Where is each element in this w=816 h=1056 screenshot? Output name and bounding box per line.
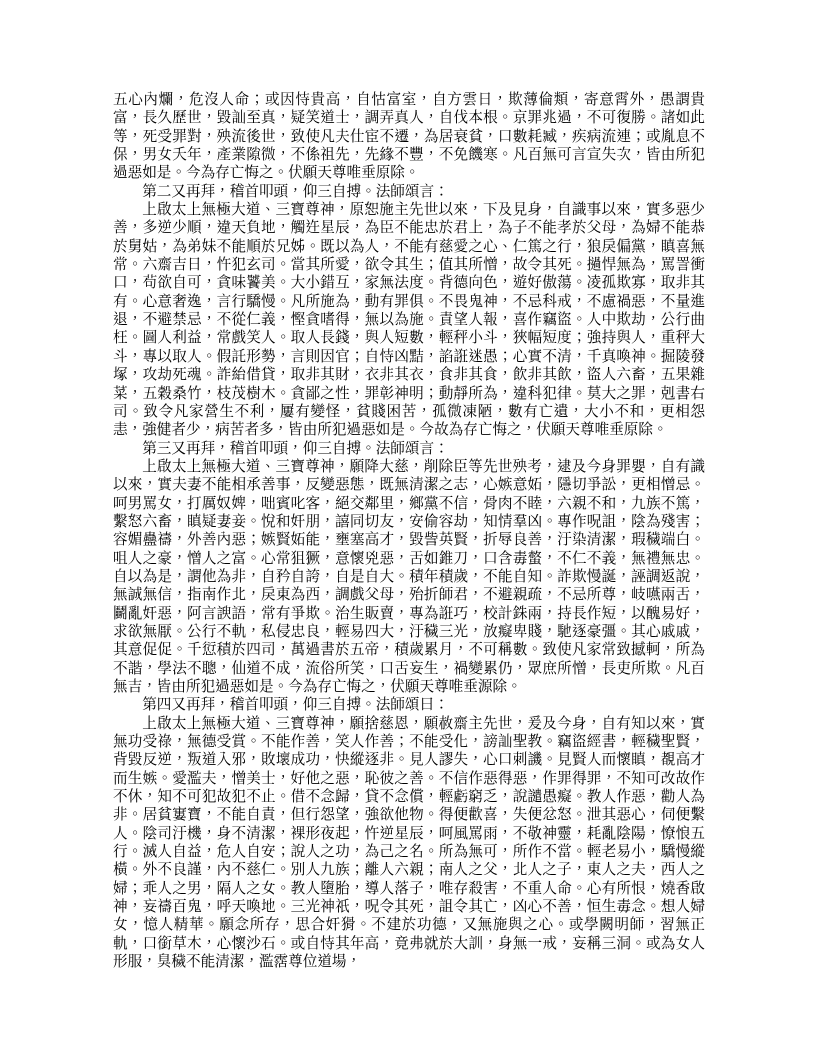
paragraph-third-confession: 上啟太上無極大道、三寶尊神，願降大慈，削除臣等先世殃考，逮及今身罪嬰，自有識以來… [113,458,705,696]
document-page: 五心內爛，危沒人命；或因恃貴高，自怙富室，自方雲日，欺薄倫類，寄意霄外，愚謂貴富… [0,0,816,1056]
document-body: 五心內爛，危沒人命；或因恃貴高，自怙富室，自方雲日，欺薄倫類，寄意霄外，愚謂貴富… [113,91,705,972]
heading-second-obeisance: 第二又再拜，稽首叩頭，仰三自搏。法師頌言： [113,183,705,201]
paragraph-fourth-confession: 上啟太上無極大道、三寶尊神，願捨慈恩，願赦齋主先世，爰及今身，自有知以來，實無功… [113,715,705,972]
heading-third-obeisance: 第三又再拜，稽首叩頭，仰三自搏。法師頌言： [113,440,705,458]
paragraph-continuation-first-obeisance: 五心內爛，危沒人命；或因恃貴高，自怙富室，自方雲日，欺薄倫類，寄意霄外，愚謂貴富… [113,91,705,183]
heading-fourth-obeisance: 第四又再拜，稽首叩頭，仰三自搏。法師頌曰： [113,696,705,714]
paragraph-second-confession: 上啟太上無極大道、三寶尊神，原恕施主先世以來，下及見身，自識事以來，實多惡少善，… [113,201,705,439]
